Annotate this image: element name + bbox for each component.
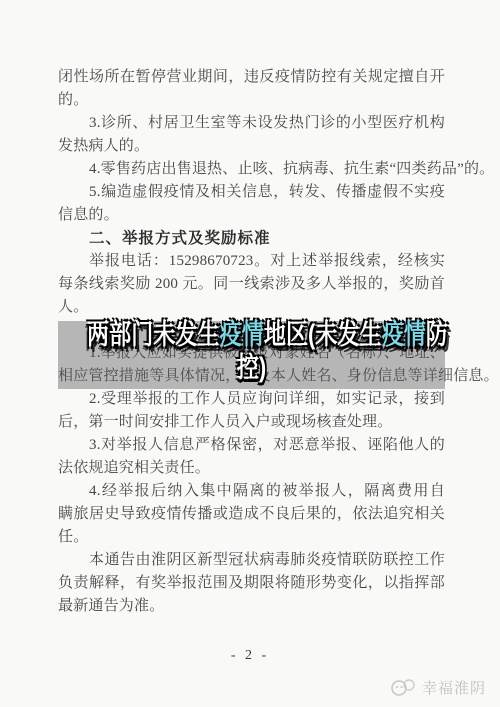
document-heading-line: 二、举报方式及奖励标准 [58,227,445,250]
document-line: 人。 [58,296,445,319]
headline-text-segment: 地区(未发生 [264,318,382,350]
document-line: 信息的。 [58,204,445,227]
document-line: 3.诊所、村居卫生室等未设发热门诊的小型医疗机构违规接诊 [58,112,445,135]
scanned-document-page: 闭性场所在暂停营业期间，违反疫情防控有关规定擅自开业经营的。3.诊所、村居卫生室… [0,0,500,707]
document-line: 本通告由淮阴区新型冠状病毒肺炎疫情联防联控工作指挥部 [58,549,445,572]
document-line: 4.经举报后纳入集中隔离的被举报人，隔离费用自理。故意隐 [58,480,445,503]
document-line: 4.零售药店出售退热、止咳、抗病毒、抗生素“四类药品”的。 [58,158,445,181]
document-line: 的。 [58,89,445,112]
headline-keyword-highlight: 疫情 [382,318,426,350]
document-line: 后，第一时间安排工作人员入户或现场核查处理。 [58,411,445,434]
document-line: 3.对举报人信息严格保密，对恶意举报、诬陷他人的行为，依 [58,434,445,457]
document-line: 发热病人的。 [58,135,445,158]
document-line: 法依规追究相关责任。 [58,457,445,480]
xingfu-huaiyin-logo-icon [390,677,418,697]
page-number: - 2 - [0,648,500,664]
headline-overlay: 两部门未发生疫情地区(未发生疫情防 控) [58,318,445,384]
document-line: 2.受理举报的工作人员应询问详细，如实记录，接到举报线索 [58,388,445,411]
headline-text-segment: 两部门未发生 [87,318,220,350]
document-line: 负责解释，有奖举报范围及期限将随形势变化，以指挥部发布的 [58,572,445,595]
document-line: 任。 [58,526,445,549]
watermark: 幸福淮阴 [390,676,486,698]
headline-keyword-highlight: 疫情 [220,318,264,350]
document-line: 每条线索奖励 200 元。同一线索涉及多人举报的，奖励首位举报 [58,273,445,296]
document-line: 5.编造虚假疫情及相关信息，转发、传播虚假不实疫情及相关 [58,181,445,204]
headline-text-segment: 防 [426,318,448,350]
document-line: 瞒旅居史导致疫情传播或造成不良后果的，依法追究相关法律责 [58,503,445,526]
headline-line1: 两部门未发生疫情地区(未发生疫情防 [87,317,416,353]
document-line: 闭性场所在暂停营业期间，违反疫情防控有关规定擅自开业经营 [58,66,445,89]
document-line: 举报电话：15298670723。对上述举报线索，经核实属实的， [58,250,445,273]
watermark-label: 幸福淮阴 [422,677,486,698]
document-line: 最新通告为准。 [58,595,445,618]
headline-line2: 控) [87,350,416,386]
